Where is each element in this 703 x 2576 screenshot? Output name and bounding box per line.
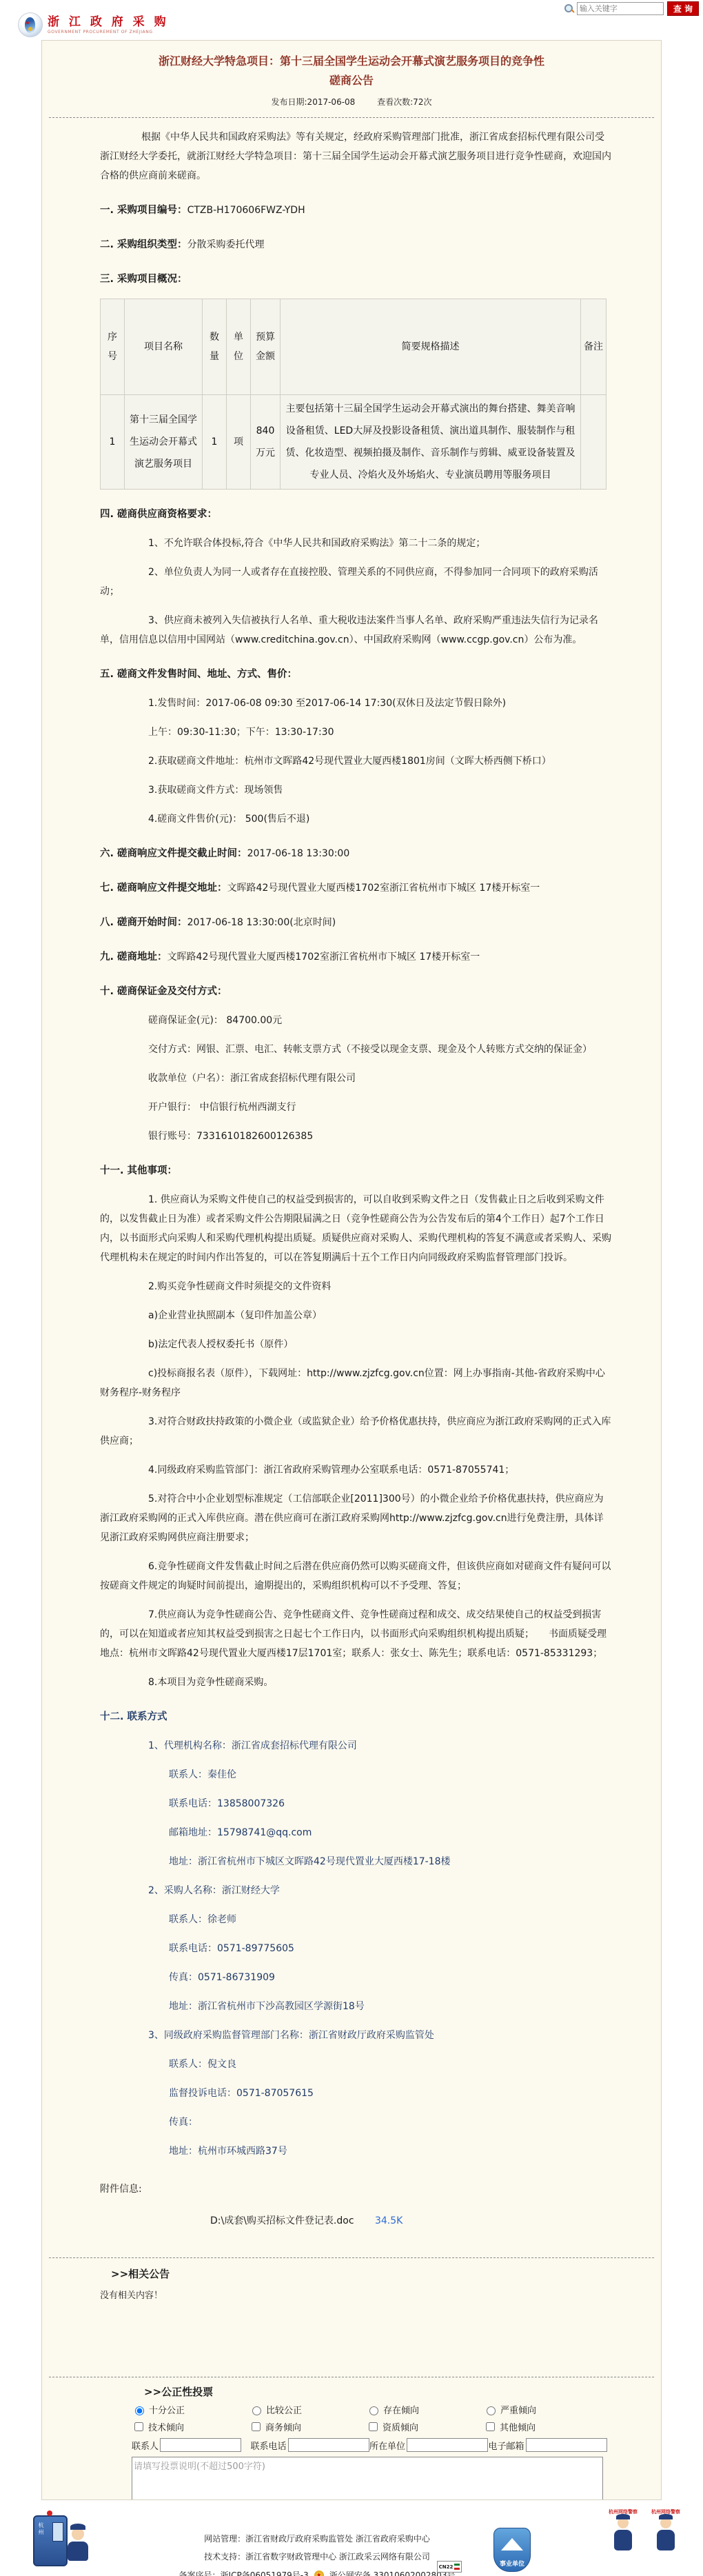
paragraph: 6.竞争性磋商文件发售截止时间之后潜在供应商仍然可以购买磋商文件，但该供应商如对… (100, 1557, 613, 1596)
vote-check-technical[interactable]: 技术倾向 (132, 2420, 249, 2433)
contact-line: 3、同级政府采购监督管理部门名称：浙江省财政厅政府采购监管处 (100, 2026, 613, 2045)
spacer (42, 2301, 661, 2367)
paragraph: c)投标商报名表（原件），下载网址：http://www.zjzfcg.gov.… (100, 1364, 613, 1402)
radio-some-bias[interactable] (369, 2406, 378, 2415)
project-overview-table: 序号 项目名称 数量 单位 预算金额 简要规格描述 备注 1 第十三届全国学生运… (100, 299, 607, 490)
section-heading-6: 六. 磋商响应文件提交截止时间：2017-06-18 13:30:00 (100, 844, 613, 863)
paragraph: 交付方式：网银、汇票、电汇、转帐支票方式（不接受以现金支票、现金及个人转账方式交… (100, 1040, 613, 1059)
section-heading-11: 十一. 其他事项： (100, 1161, 613, 1180)
section-heading-7: 七. 磋商响应文件提交地址：文晖路42号现代置业大厦西楼1702室浙江省杭州市下… (100, 878, 613, 898)
contact-line: 地址：浙江省杭州市下沙高教园区学源街18号 (100, 1997, 613, 2016)
section-heading-9: 九. 磋商地址：文晖路42号现代置业大厦西楼1702室浙江省杭州市下城区 17楼… (100, 947, 613, 967)
vote-radio-serious-bias[interactable]: 严重倾向 (483, 2403, 600, 2416)
announcement-body-top: 根据《中华人民共和国政府采购法》等有关规定，经政府采购管理部门批准，浙江省成套招… (42, 128, 661, 289)
paragraph: 3.对符合财政扶持政策的小微企业（或监狱企业）给予价格优惠扶持，供应商应为浙江政… (100, 1412, 613, 1451)
announcement-panel: 浙江财经大学特急项目：第十三届全国学生运动会开幕式演艺服务项目的竞争性 磋商公告… (41, 40, 662, 2500)
topbar: 查 询 (564, 1, 699, 16)
col-index: 序号 (101, 299, 125, 395)
checkbox-business-bias[interactable] (252, 2422, 261, 2431)
title-line-2: 磋商公告 (42, 71, 661, 90)
vote-check-qualification[interactable]: 资质倾向 (366, 2420, 483, 2433)
paragraph: 2.获取磋商文件地址：杭州市文晖路42号现代置业大厦西楼1801房间（文晖大桥西… (100, 752, 613, 771)
section-heading-8: 八. 磋商开始时间：2017-06-18 13:30:00(北京时间) (100, 913, 613, 932)
site-logo: 浙 江 政 府 采 购 GOVERNMENT PROCUREMENT OF ZH… (18, 12, 169, 37)
contact-line: 联系人：倪文良 (100, 2055, 613, 2074)
contact-line: 1、代理机构名称：浙江省成套招标代理有限公司 (100, 1736, 613, 1755)
section-heading-3: 三. 采购项目概况： (100, 270, 613, 289)
radio-serious-bias[interactable] (487, 2406, 496, 2415)
cyber-police-icon: 杭州网络警察 (649, 2508, 682, 2550)
fairness-vote-form: >>公正性投票 十分公正 比较公正 存在倾向 严重倾向 技 (132, 2384, 607, 2500)
hangzhou-police-mascot-icon: 杭州 (29, 2508, 105, 2573)
section-heading-4: 四. 磋商供应商资格要求： (100, 505, 613, 524)
footer-manage-line: 网站管理：浙江省财政厅政府采购监管处 浙江省政府采购中心 (134, 2533, 500, 2544)
paragraph: 2.购买竞争性磋商文件时须提交的文件资料 (100, 1277, 613, 1296)
cell-budget: 840万元 (251, 395, 281, 490)
col-name: 项目名称 (125, 299, 203, 395)
paragraph: 3.获取磋商文件方式：现场领售 (100, 781, 613, 800)
icp-number[interactable]: 备案序号：浙ICP备06051979号-3 (179, 2569, 309, 2576)
vote-radio-fairly-fair[interactable]: 比较公正 (249, 2403, 366, 2416)
section-heading-5: 五. 磋商文件发售时间、地址、方式、售价： (100, 665, 613, 684)
paragraph: 3、供应商未被列入失信被执行人名单、重大税收违法案件当事人名单、政府采购严重违法… (100, 611, 613, 650)
search-button[interactable]: 查 询 (667, 1, 699, 16)
radio-very-fair[interactable] (135, 2406, 144, 2415)
paragraph: 4.磋商文件售价(元)： 500(售后不退) (100, 809, 613, 829)
contact-line: 地址：浙江省杭州市下城区文晖路42号现代置业大厦西楼17-18楼 (100, 1852, 613, 1871)
paragraph: 1.发售时间：2017-06-08 09:30 至2017-06-14 17:3… (100, 694, 613, 713)
logo-globe-icon (18, 12, 43, 37)
logo-subtitle: GOVERNMENT PROCUREMENT OF ZHEJIANG (48, 30, 169, 34)
search-input[interactable] (577, 2, 664, 15)
cell-qty: 1 (203, 395, 227, 490)
paragraph: 4.同级政府采购监管部门：浙江省政府采购管理办公室联系电话：0571-87055… (100, 1460, 613, 1480)
section-heading-10: 十. 磋商保证金及交付方式： (100, 982, 613, 1001)
paragraph: 7.供应商认为竞争性磋商公告、竞争性磋商文件、竞争性磋商过程和成交、成交结果使自… (100, 1605, 613, 1663)
section-heading-12: 十二. 联系方式 (100, 1707, 613, 1727)
contact-line: 2、采购人名称：浙江财经大学 (100, 1881, 613, 1900)
radio-fairly-fair[interactable] (252, 2406, 261, 2415)
contact-line: 传真：0571-86731909 (100, 1968, 613, 1987)
contact-line: 联系电话：0571-89775605 (100, 1939, 613, 1958)
checkbox-qualification-bias[interactable] (369, 2422, 378, 2431)
cn22-badge: CN22 (437, 2561, 462, 2573)
paragraph: 1、不允许联合体投标,符合《中华人民共和国政府采购法》第二十二条的规定； (100, 534, 613, 553)
vote-email-input[interactable] (526, 2438, 607, 2452)
contact-line: 联系人：秦佳伦 (100, 1765, 613, 1784)
paragraph: 银行账号：7331610182600126385 (100, 1127, 613, 1146)
announcement-body-bottom: 四. 磋商供应商资格要求：1、不允许联合体投标,符合《中华人民共和国政府采购法》… (42, 505, 661, 2161)
search-icon (564, 4, 573, 13)
cell-desc: 主要包括第十三届全国学生运动会开幕式演出的舞台搭建、舞美音响设备租赁、LED大屏… (281, 395, 581, 490)
contact-line: 联系人：徐老师 (100, 1910, 613, 1929)
section-heading-1: 一. 采购项目编号：CTZB-H170606FWZ-YDH (100, 201, 613, 220)
attachment-section: 附件信息: D:\成套\购买招标文件登记表.doc 34.5K (42, 2182, 661, 2227)
contact-line: 监督投诉电话：0571-87057615 (100, 2084, 613, 2103)
cell-note (581, 395, 607, 490)
table-header-row: 序号 项目名称 数量 单位 预算金额 简要规格描述 备注 (101, 299, 607, 395)
cell-name: 第十三届全国学生运动会开幕式演艺服务项目 (125, 395, 203, 490)
paragraph: 2、单位负责人为同一人或者存在直接控股、管理关系的不同供应商，不得参加同一合同项… (100, 563, 613, 601)
attachment-file-link[interactable]: D:\成套\购买招标文件登记表.doc (210, 2215, 354, 2226)
vote-radio-some-bias[interactable]: 存在倾向 (366, 2403, 483, 2416)
paragraph: 上午：09:30-11:30；下午：13:30-17:30 (100, 723, 613, 742)
attachment-file-size[interactable]: 34.5K (375, 2215, 403, 2226)
announcement-meta: 发布日期:2017-06-08 查看次数:72次 (42, 96, 661, 108)
paragraph: 5.对符合中小企业划型标准规定（工信部联企业[2011]300号）的小微企业给予… (100, 1489, 613, 1547)
divider (49, 2257, 654, 2258)
vote-checkbox-row: 技术倾向 商务倾向 资质倾向 其他倾向 (132, 2420, 607, 2433)
paragraph: 开户银行： 中信银行杭州西湖支行 (100, 1098, 613, 1117)
police-emblem-icon: ★ (314, 2570, 324, 2576)
paragraph: 8.本项目为竞争性磋商采购。 (100, 1673, 613, 1692)
attachment-file-row: D:\成套\购买招标文件登记表.doc 34.5K (100, 2213, 661, 2227)
logo-title: 浙 江 政 府 采 购 (48, 16, 169, 28)
view-count: 查看次数:72次 (377, 97, 431, 107)
col-desc: 简要规格描述 (281, 299, 581, 395)
divider (49, 2377, 654, 2377)
contact-line: 邮箱地址：15798741@qq.com (100, 1823, 613, 1842)
paragraph: a)企业营业执照副本（复印件加盖公章） (100, 1306, 613, 1325)
paragraph: 1. 供应商认为采购文件使自己的权益受到损害的，可以自收到采购文件之日（发售截止… (100, 1190, 613, 1267)
publish-date: 发布日期:2017-06-08 (272, 97, 356, 107)
page-title: 浙江财经大学特急项目：第十三届全国学生运动会开幕式演艺服务项目的竞争性 磋商公告 (42, 52, 661, 90)
cell-unit: 项 (227, 395, 251, 490)
vote-phone-input[interactable] (288, 2438, 369, 2452)
contact-line: 地址：杭州市环城西路37号 (100, 2142, 613, 2161)
footer: 杭州 网站管理：浙江省财政厅政府采购监管处 浙江省政府采购中心 技术支持：浙江省… (0, 2500, 703, 2576)
vote-fields-row: 联系人 联系电话 所在单位 电子邮箱 (132, 2438, 607, 2452)
vote-contact-input[interactable] (160, 2438, 241, 2452)
page: 查 询 浙 江 政 府 采 购 GOVERNMENT PROCUREMENT O… (0, 0, 703, 2576)
checkbox-technical-bias[interactable] (134, 2422, 143, 2431)
attachment-label: 附件信息: (100, 2182, 661, 2195)
title-line-1: 浙江财经大学特急项目：第十三届全国学生运动会开幕式演艺服务项目的竞争性 (42, 52, 661, 71)
vote-check-other[interactable]: 其他倾向 (483, 2420, 600, 2433)
contact-line: 联系电话：13858007326 (100, 1794, 613, 1813)
vote-check-business[interactable]: 商务倾向 (249, 2420, 366, 2433)
col-unit: 单位 (227, 299, 251, 395)
vote-heading: >>公正性投票 (144, 2384, 607, 2399)
section-heading-2: 二. 采购组织类型：分散采购委托代理 (100, 235, 613, 254)
paragraph: 磋商保证金(元)： 84700.00元 (100, 1011, 613, 1030)
contact-line: 传真： (100, 2113, 613, 2132)
intro-paragraph: 根据《中华人民共和国政府采购法》等有关规定，经政府采购管理部门批准，浙江省成套招… (100, 128, 613, 185)
related-announcements-empty: 没有相关内容！ (100, 2288, 661, 2301)
related-announcements-heading: >>相关公告 (111, 2266, 661, 2281)
vote-organization-input[interactable] (407, 2438, 488, 2452)
vote-description-textarea[interactable] (132, 2457, 603, 2500)
vote-radio-very-fair[interactable]: 十分公正 (132, 2403, 249, 2416)
public-institution-badge: 事业单位 (493, 2528, 531, 2572)
checkbox-other-bias[interactable] (486, 2422, 495, 2431)
cyber-police-icon: 杭州网络警察 (607, 2508, 640, 2550)
cyber-police-badges: 杭州网络警察 杭州网络警察 (607, 2508, 682, 2550)
col-budget: 预算金额 (251, 299, 281, 395)
table-row: 1 第十三届全国学生运动会开幕式演艺服务项目 1 项 840万元 主要包括第十三… (101, 395, 607, 490)
col-qty: 数量 (203, 299, 227, 395)
paragraph: b)法定代表人授权委托书（原件） (100, 1335, 613, 1354)
cell-index: 1 (101, 395, 125, 490)
vote-radio-row: 十分公正 比较公正 存在倾向 严重倾向 (132, 2403, 607, 2416)
paragraph: 收款单位（户名）：浙江省成套招标代理有限公司 (100, 1069, 613, 1088)
divider (49, 117, 654, 118)
col-note: 备注 (581, 299, 607, 395)
